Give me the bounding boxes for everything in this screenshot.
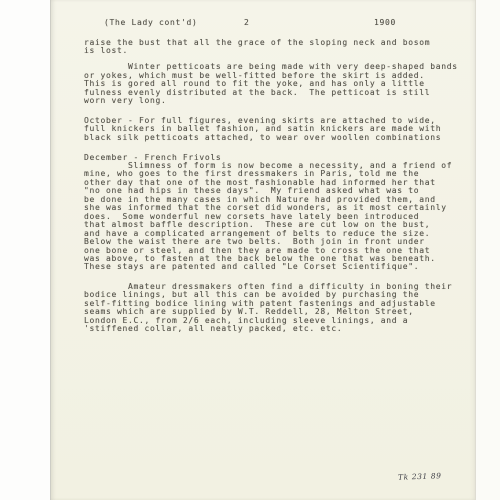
header-year: 1900 [374,19,396,27]
header-page-number: 2 [244,19,250,27]
paragraph: December - French Frivols Slimness of fo… [84,154,466,272]
scanned-page: (The Lady cont'd) 2 1900 raise the bust … [50,0,476,500]
header-source-title: (The Lady cont'd) [104,19,197,27]
paragraph: Winter petticoats are being made with ve… [84,63,466,105]
scan-viewport: (The Lady cont'd) 2 1900 raise the bust … [0,0,500,500]
handwritten-reference: Tk 231 89 [398,471,442,482]
paragraph: raise the bust that all the grace of the… [84,39,466,56]
paragraph: October - For full figures, evening skir… [84,117,466,142]
document-body: raise the bust that all the grace of the… [84,39,466,334]
paragraph: Amateur dressmakers often find a difficu… [84,283,466,334]
page-header: (The Lady cont'd) 2 1900 [51,19,475,29]
